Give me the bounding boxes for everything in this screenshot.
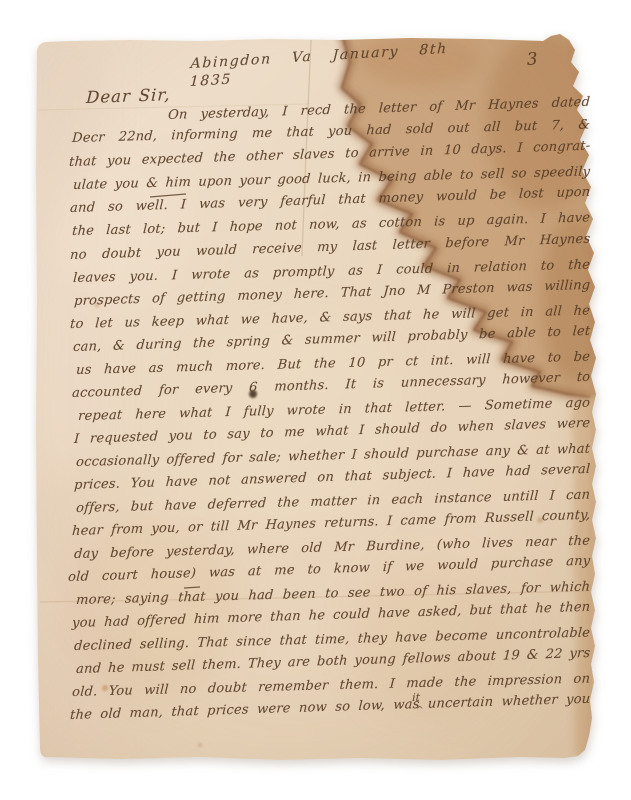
letter-photo: Abingdon Va January 8th 1835 3 Dear Sir,…	[0, 0, 631, 800]
paper-vignette	[30, 30, 605, 768]
paper-sheet-graphic	[0, 0, 631, 800]
